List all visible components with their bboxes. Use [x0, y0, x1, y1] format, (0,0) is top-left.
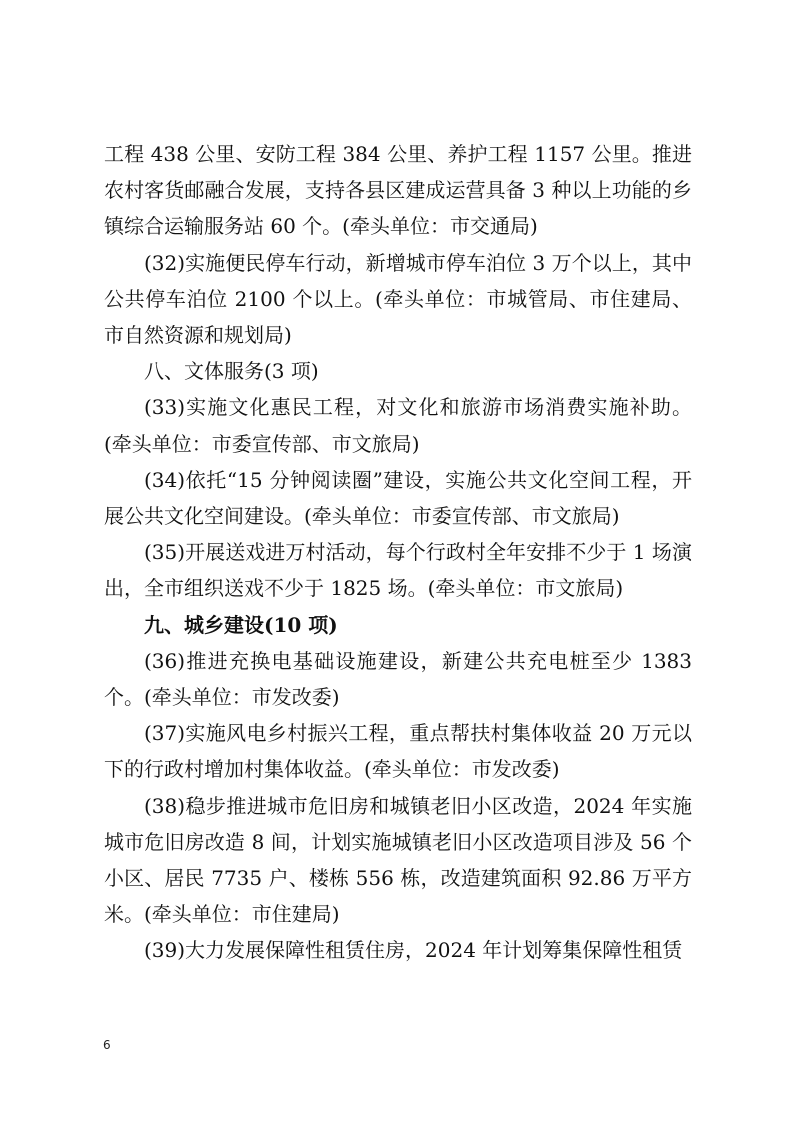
paragraph-item-39: (39)大力发展保障性租赁住房，2024 年计划筹集保障性租赁 [104, 932, 692, 968]
document-body: 工程 438 公里、安防工程 384 公里、养护工程 1157 公里。推进农村客… [104, 136, 692, 969]
section-heading-9: 九、城乡建设(10 项) [104, 607, 692, 643]
paragraph-continuation: 工程 438 公里、安防工程 384 公里、养护工程 1157 公里。推进农村客… [104, 136, 692, 245]
page-number: 6 [103, 1038, 111, 1052]
paragraph-item-36: (36)推进充换电基础设施建设，新建公共充电桩至少 1383 个。(牵头单位：市… [104, 643, 692, 715]
paragraph-item-32: (32)实施便民停车行动，新增城市停车泊位 3 万个以上，其中公共停车泊位 21… [104, 245, 692, 354]
paragraph-item-35: (35)开展送戏进万村活动，每个行政村全年安排不少于 1 场演出，全市组织送戏不… [104, 534, 692, 606]
paragraph-item-33: (33)实施文化惠民工程，对文化和旅游市场消费实施补助。(牵头单位：市委宣传部、… [104, 389, 692, 461]
paragraph-item-34: (34)依托“15 分钟阅读圈”建设，实施公共文化空间工程，开展公共文化空间建设… [104, 462, 692, 534]
section-heading-8: 八、文体服务(3 项) [104, 353, 692, 389]
paragraph-item-38: (38)稳步推进城市危旧房和城镇老旧小区改造，2024 年实施城市危旧房改造 8… [104, 788, 692, 933]
paragraph-item-37: (37)实施风电乡村振兴工程，重点帮扶村集体收益 20 万元以下的行政村增加村集… [104, 715, 692, 787]
